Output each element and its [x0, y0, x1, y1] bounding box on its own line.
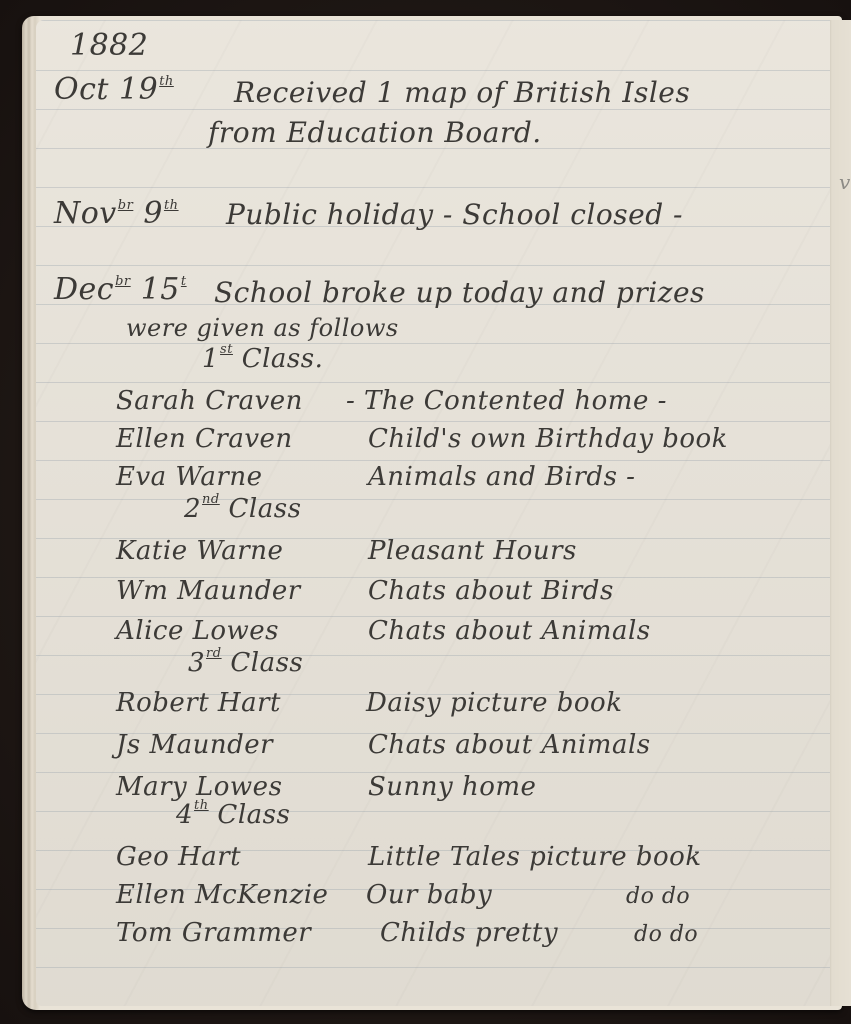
prize-title: Daisy picture book: [366, 688, 622, 718]
prize-title: Childs pretty: [380, 918, 558, 948]
prize-title: Little Tales picture book: [368, 842, 702, 872]
prize-name: Js Maunder: [116, 730, 273, 760]
ditto-marks: do do: [626, 884, 690, 909]
class-heading-4: 4th Class: [176, 798, 290, 830]
notebook-scene: v 1882 Oct 19th Received 1 map of Britis…: [0, 0, 851, 1024]
prize-name: Ellen Craven: [116, 424, 293, 454]
class-heading-1: 1st Class.: [202, 342, 323, 374]
entry-text-nov: Public holiday - School closed -: [226, 198, 683, 231]
entry-text-oct-line2: from Education Board.: [208, 116, 542, 149]
prize-title: Chats about Animals: [368, 730, 651, 760]
prize-title: Animals and Birds -: [368, 462, 635, 492]
entry-text-dec-line1: School broke up today and prizes: [214, 276, 705, 309]
entry-date-dec: Decbr 15t: [54, 272, 187, 307]
prize-name: Alice Lowes: [116, 616, 279, 646]
prize-title: - The Contented home -: [346, 386, 667, 416]
facing-page: v: [828, 20, 851, 1006]
entry-text-oct-line1: Received 1 map of British Isles: [234, 76, 690, 109]
prize-title: Sunny home: [368, 772, 536, 802]
entry-date-oct: Oct 19th: [54, 72, 174, 107]
prize-name: Ellen McKenzie: [116, 880, 328, 910]
prize-name: Katie Warne: [116, 536, 283, 566]
prize-name: Geo Hart: [116, 842, 241, 872]
ditto-marks: do do: [634, 922, 698, 947]
prize-title: Pleasant Hours: [368, 536, 577, 566]
prize-title: Chats about Birds: [368, 576, 614, 606]
prize-title: Our baby: [366, 880, 492, 910]
logbook-page: 1882 Oct 19th Received 1 map of British …: [36, 20, 830, 1006]
prize-name: Sarah Craven: [116, 386, 303, 416]
year-heading: 1882: [70, 28, 148, 63]
prize-name: Wm Maunder: [116, 576, 301, 606]
facing-page-text: v: [839, 170, 850, 194]
entry-text-dec-line2: were given as follows: [126, 314, 399, 342]
prize-name: Eva Warne: [116, 462, 262, 492]
prize-name: Robert Hart: [116, 688, 281, 718]
class-heading-3: 3rd Class: [188, 646, 303, 678]
prize-title: Child's own Birthday book: [368, 424, 728, 454]
entry-date-nov: Novbr 9th: [54, 196, 179, 231]
prize-name: Tom Grammer: [116, 918, 311, 948]
prize-title: Chats about Animals: [368, 616, 651, 646]
class-heading-2: 2nd Class: [184, 492, 301, 524]
